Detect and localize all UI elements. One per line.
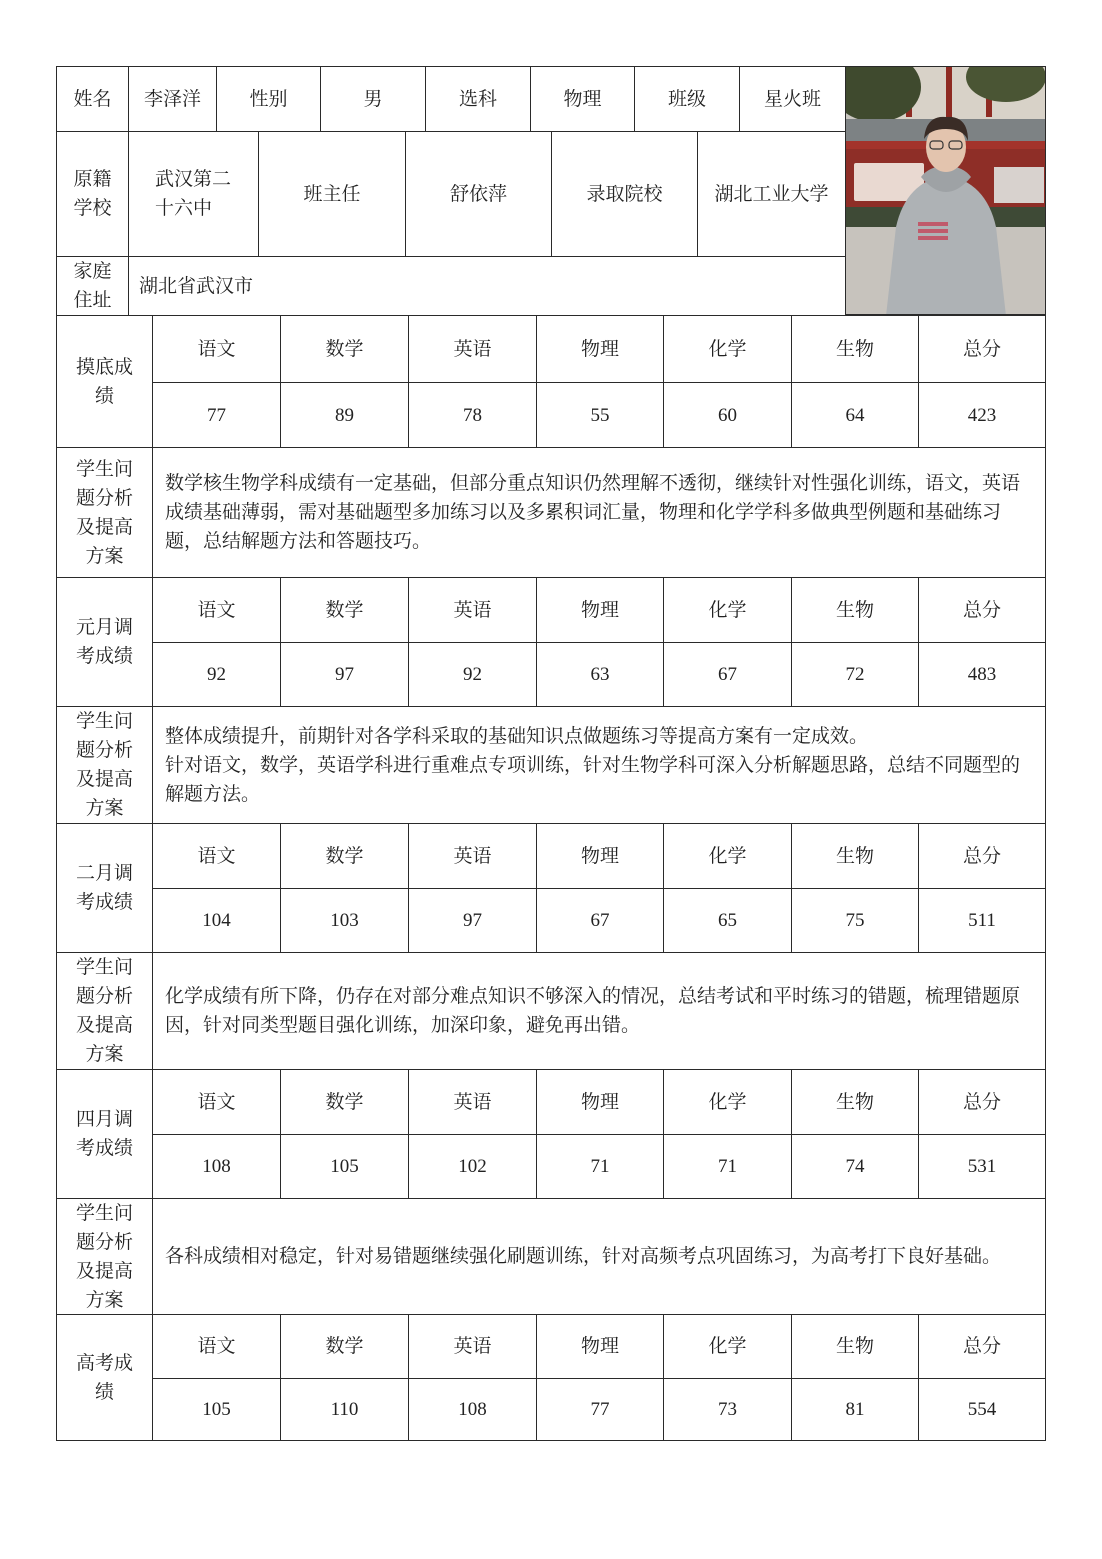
score-cell: 92 (408, 642, 537, 707)
subject-header: 英语 (408, 1314, 537, 1379)
subject-header: 物理 (536, 823, 664, 889)
subject-header: 生物 (791, 1314, 919, 1379)
analysis-text: 各科成绩相对稳定，针对易错题继续强化刷题训练，针对高频考点巩固练习，为高考打下良… (152, 1198, 1046, 1315)
score-total: 423 (918, 382, 1046, 448)
subject-header: 总分 (918, 1069, 1046, 1135)
score-total: 511 (918, 888, 1046, 953)
score-cell: 89 (280, 382, 409, 448)
subject-header: 数学 (280, 823, 409, 889)
analysis-text-content: 各科成绩相对稳定，针对易错题继续强化刷题训练，针对高频考点巩固练习，为高考打下良… (165, 1242, 1033, 1271)
subject-header: 化学 (663, 1069, 792, 1135)
analysis-label: 学生问 题分析 及提高 方案 (56, 447, 153, 578)
subject-header: 语文 (152, 315, 281, 383)
score-cell: 75 (791, 888, 919, 953)
student-report-page: 姓名 李泽洋 性别 男 选科 物理 班级 星火班 原籍 学校 武汉第二 十六中 … (0, 0, 1102, 1559)
subject-header: 总分 (918, 823, 1046, 889)
subject-header: 化学 (663, 823, 792, 889)
subject-header: 英语 (408, 1069, 537, 1135)
admitted-school-label: 录取院校 (551, 131, 698, 257)
subject-header: 英语 (408, 823, 537, 889)
analysis-label: 学生问 题分析 及提高 方案 (56, 1198, 153, 1315)
address-value: 湖北省武汉市 (128, 256, 846, 316)
score-cell: 67 (663, 642, 792, 707)
score-cell: 108 (408, 1378, 537, 1441)
subject-header: 物理 (536, 577, 664, 643)
gender-label: 性别 (216, 66, 321, 132)
subject-header: 物理 (536, 1069, 664, 1135)
subject-header: 数学 (280, 315, 409, 383)
score-cell: 73 (663, 1378, 792, 1441)
score-total: 531 (918, 1134, 1046, 1199)
analysis-label: 学生问 题分析 及提高 方案 (56, 706, 153, 824)
score-cell: 55 (536, 382, 664, 448)
address-label: 家庭 住址 (56, 256, 129, 316)
subject-choice-value: 物理 (530, 66, 635, 132)
score-cell: 60 (663, 382, 792, 448)
subject-header: 语文 (152, 577, 281, 643)
original-school-label: 原籍 学校 (56, 131, 129, 257)
score-cell: 65 (663, 888, 792, 953)
analysis-text-content: 整体成绩提升，前期针对各学科采取的基础知识点做题练习等提高方案有一定成效。 针对… (165, 722, 1033, 809)
subject-header: 生物 (791, 823, 919, 889)
score-cell: 77 (152, 382, 281, 448)
analysis-label: 学生问 题分析 及提高 方案 (56, 952, 153, 1070)
score-cell: 103 (280, 888, 409, 953)
subject-header: 数学 (280, 1069, 409, 1135)
score-cell: 104 (152, 888, 281, 953)
score-cell: 110 (280, 1378, 409, 1441)
score-cell: 102 (408, 1134, 537, 1199)
score-cell: 74 (791, 1134, 919, 1199)
score-total: 554 (918, 1378, 1046, 1441)
score-cell: 77 (536, 1378, 664, 1441)
score-cell: 64 (791, 382, 919, 448)
head-teacher-label: 班主任 (258, 131, 406, 257)
subject-header: 物理 (536, 315, 664, 383)
exam-label-january: 元月调 考成绩 (56, 577, 153, 707)
subject-header: 总分 (918, 315, 1046, 383)
score-cell: 92 (152, 642, 281, 707)
subject-header: 化学 (663, 1314, 792, 1379)
analysis-text-content: 化学成绩有所下降，仍存在对部分难点知识不够深入的情况，总结考试和平时练习的错题，… (165, 982, 1033, 1040)
score-cell: 71 (663, 1134, 792, 1199)
subject-header: 数学 (280, 1314, 409, 1379)
class-value: 星火班 (739, 66, 846, 132)
exam-label-april: 四月调 考成绩 (56, 1069, 153, 1199)
analysis-text-content: 数学核生物学科成绩有一定基础，但部分重点知识仍然理解不透彻，继续针对性强化训练，… (165, 469, 1033, 556)
analysis-text: 数学核生物学科成绩有一定基础，但部分重点知识仍然理解不透彻，继续针对性强化训练，… (152, 447, 1046, 578)
subject-header: 语文 (152, 1069, 281, 1135)
gender-value: 男 (320, 66, 426, 132)
exam-label-february: 二月调 考成绩 (56, 823, 153, 953)
analysis-text: 化学成绩有所下降，仍存在对部分难点知识不够深入的情况，总结考试和平时练习的错题，… (152, 952, 1046, 1070)
subject-header: 生物 (791, 1069, 919, 1135)
subject-header: 语文 (152, 1314, 281, 1379)
score-cell: 105 (152, 1378, 281, 1441)
original-school-value: 武汉第二 十六中 (128, 131, 259, 257)
score-cell: 78 (408, 382, 537, 448)
subject-header: 化学 (663, 577, 792, 643)
head-teacher-value: 舒依萍 (405, 131, 552, 257)
score-cell: 63 (536, 642, 664, 707)
student-photo (845, 66, 1046, 315)
subject-header: 英语 (408, 577, 537, 643)
score-cell: 97 (408, 888, 537, 953)
subject-header: 语文 (152, 823, 281, 889)
name-value: 李泽洋 (128, 66, 217, 132)
exam-label-baseline: 摸底成 绩 (56, 315, 153, 448)
subject-header: 数学 (280, 577, 409, 643)
class-label: 班级 (634, 66, 740, 132)
score-cell: 67 (536, 888, 664, 953)
subject-header: 总分 (918, 577, 1046, 643)
subject-header: 物理 (536, 1314, 664, 1379)
score-cell: 72 (791, 642, 919, 707)
score-cell: 71 (536, 1134, 664, 1199)
score-cell: 108 (152, 1134, 281, 1199)
admitted-school-value: 湖北工业大学 (697, 131, 846, 257)
subject-header: 总分 (918, 1314, 1046, 1379)
score-total: 483 (918, 642, 1046, 707)
subject-header: 化学 (663, 315, 792, 383)
student-photo-image (846, 67, 1046, 315)
subject-header: 生物 (791, 577, 919, 643)
score-cell: 105 (280, 1134, 409, 1199)
subject-header: 英语 (408, 315, 537, 383)
subject-choice-label: 选科 (425, 66, 531, 132)
score-cell: 97 (280, 642, 409, 707)
name-label: 姓名 (56, 66, 129, 132)
analysis-text: 整体成绩提升，前期针对各学科采取的基础知识点做题练习等提高方案有一定成效。 针对… (152, 706, 1046, 824)
subject-header: 生物 (791, 315, 919, 383)
score-cell: 81 (791, 1378, 919, 1441)
exam-label-gaokao: 高考成 绩 (56, 1314, 153, 1441)
